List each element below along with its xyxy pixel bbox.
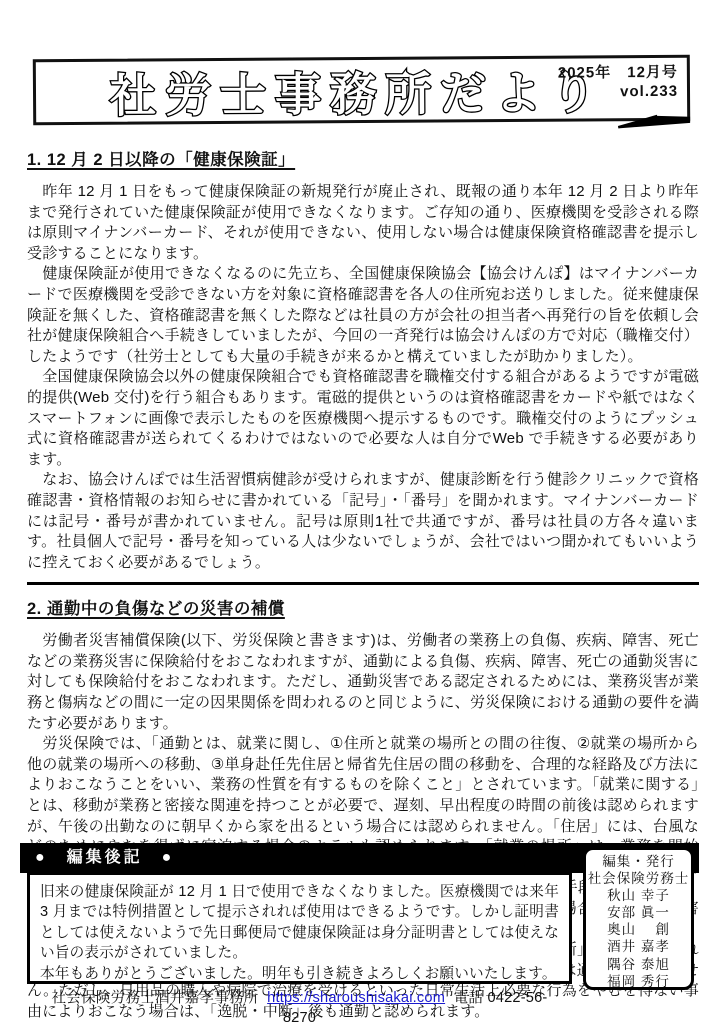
issue-info: 2025年 12月号 vol.233 xyxy=(558,63,678,102)
editorial-paragraph: 本年もありがとうございました。明年も引き続きよろしくお願いいたします。 xyxy=(40,964,559,984)
editorial-note-box: 旧来の健康保険証が 12 月 1 日で使用できなくなりました。医療機関では来年 … xyxy=(27,872,572,984)
section-2-paragraph: 労働者災害補償保険(以下、労災保険と書きます)は、労働者の業務上の負傷、疾病、障… xyxy=(27,631,699,734)
newsletter-page: 社労士事務所だより 2025年 12月号 vol.233 1. 12 月 2 日… xyxy=(0,0,724,1024)
section-1-paragraph: なお、協会けんぽでは生活習慣病健診が受けられますが、健康診断を行う健診クリニック… xyxy=(27,470,699,573)
section-1-heading: 1. 12 月 2 日以降の「健康保険証」 xyxy=(27,146,699,170)
office-name: 社会保険労務士酒井嘉孝事務所 xyxy=(51,990,258,1006)
publisher-org: 社会保険労務士 xyxy=(586,870,691,887)
editorial-paragraph: 旧来の健康保険証が 12 月 1 日で使用できなくなりました。医療機関では来年 … xyxy=(40,882,559,964)
section-1-paragraph: 昨年 12 月 1 日をもって健康保険証の新規発行が廃止され、既報の通り本年 1… xyxy=(27,182,699,264)
office-contact-line: 社会保険労務士酒井嘉孝事務所 https://sharoushisakai.co… xyxy=(40,988,559,1024)
issue-date: 2025年 12月号 xyxy=(558,63,678,83)
section-divider xyxy=(27,582,699,585)
publisher-role: 編集・発行 xyxy=(586,853,691,870)
publisher-name: 安部 眞一 xyxy=(586,904,691,921)
publisher-name: 隅谷 泰旭 xyxy=(586,956,691,973)
publisher-name: 奥山 創 xyxy=(586,921,691,938)
editorial-note-bar-label: ● 編集後記 ● xyxy=(35,849,174,866)
section-1-paragraph: 全国健康保険協会以外の健康保険組合でも資格確認書を職権交付する組合があるようです… xyxy=(27,367,699,470)
masthead: 社労士事務所だより 2025年 12月号 vol.233 xyxy=(33,55,690,126)
publisher-name: 秋山 幸子 xyxy=(586,887,691,904)
publisher-box: 編集・発行 社会保険労務士 秋山 幸子 安部 眞一 奥山 創 酒井 嘉孝 隅谷 … xyxy=(583,847,694,990)
office-website-link[interactable]: https://sharoushisakai.com xyxy=(267,990,445,1006)
publisher-name: 酒井 嘉孝 xyxy=(586,938,691,955)
publisher-name: 福岡 秀行 xyxy=(586,973,691,990)
page-fold-icon xyxy=(570,103,690,132)
section-2-heading: 2. 通勤中の負傷などの災害の補償 xyxy=(27,595,699,619)
issue-volume: vol.233 xyxy=(558,82,678,102)
section-1-paragraph: 健康保険証が使用できなくなるのに先立ち、全国健康保険協会【協会けんぽ】はマイナン… xyxy=(27,264,699,367)
newsletter-title: 社労士事務所だより xyxy=(109,66,605,121)
